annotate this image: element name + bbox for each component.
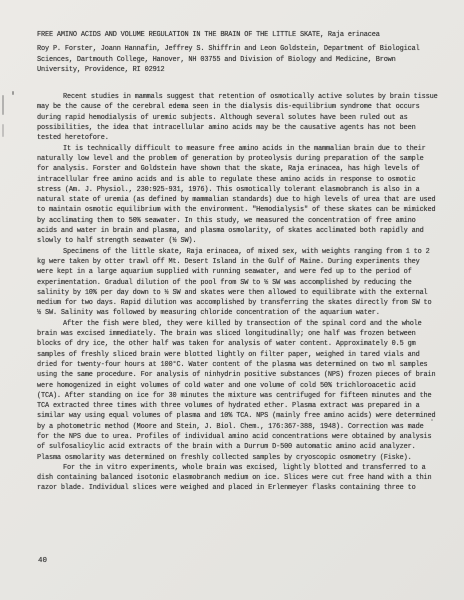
scan-artifact — [2, 124, 4, 137]
scan-artifact — [12, 91, 14, 95]
page-number: 40 — [38, 557, 47, 565]
paragraph-methods: After the fish were bled, they were kill… — [37, 319, 438, 463]
paragraph-in-vitro: For the in vitro experiments, whole brai… — [37, 463, 438, 494]
paper-authors-affiliations: Roy P. Forster, Joann Hannafin, Jeffrey … — [37, 44, 438, 75]
scanned-document-page: FREE AMINO ACIDS AND VOLUME REGULATION I… — [0, 0, 464, 600]
paragraph-specimens: Specimens of the little skate, Raja erin… — [37, 247, 438, 319]
paragraph-background: It is technically difficult to measure f… — [37, 144, 438, 247]
scan-artifact — [2, 95, 4, 115]
paragraph-introduction: Recent studies in mammals suggest that r… — [37, 92, 438, 143]
page-content: FREE AMINO ACIDS AND VOLUME REGULATION I… — [37, 30, 438, 494]
paper-body: Recent studies in mammals suggest that r… — [37, 92, 438, 494]
paper-title: FREE AMINO ACIDS AND VOLUME REGULATION I… — [37, 30, 438, 40]
